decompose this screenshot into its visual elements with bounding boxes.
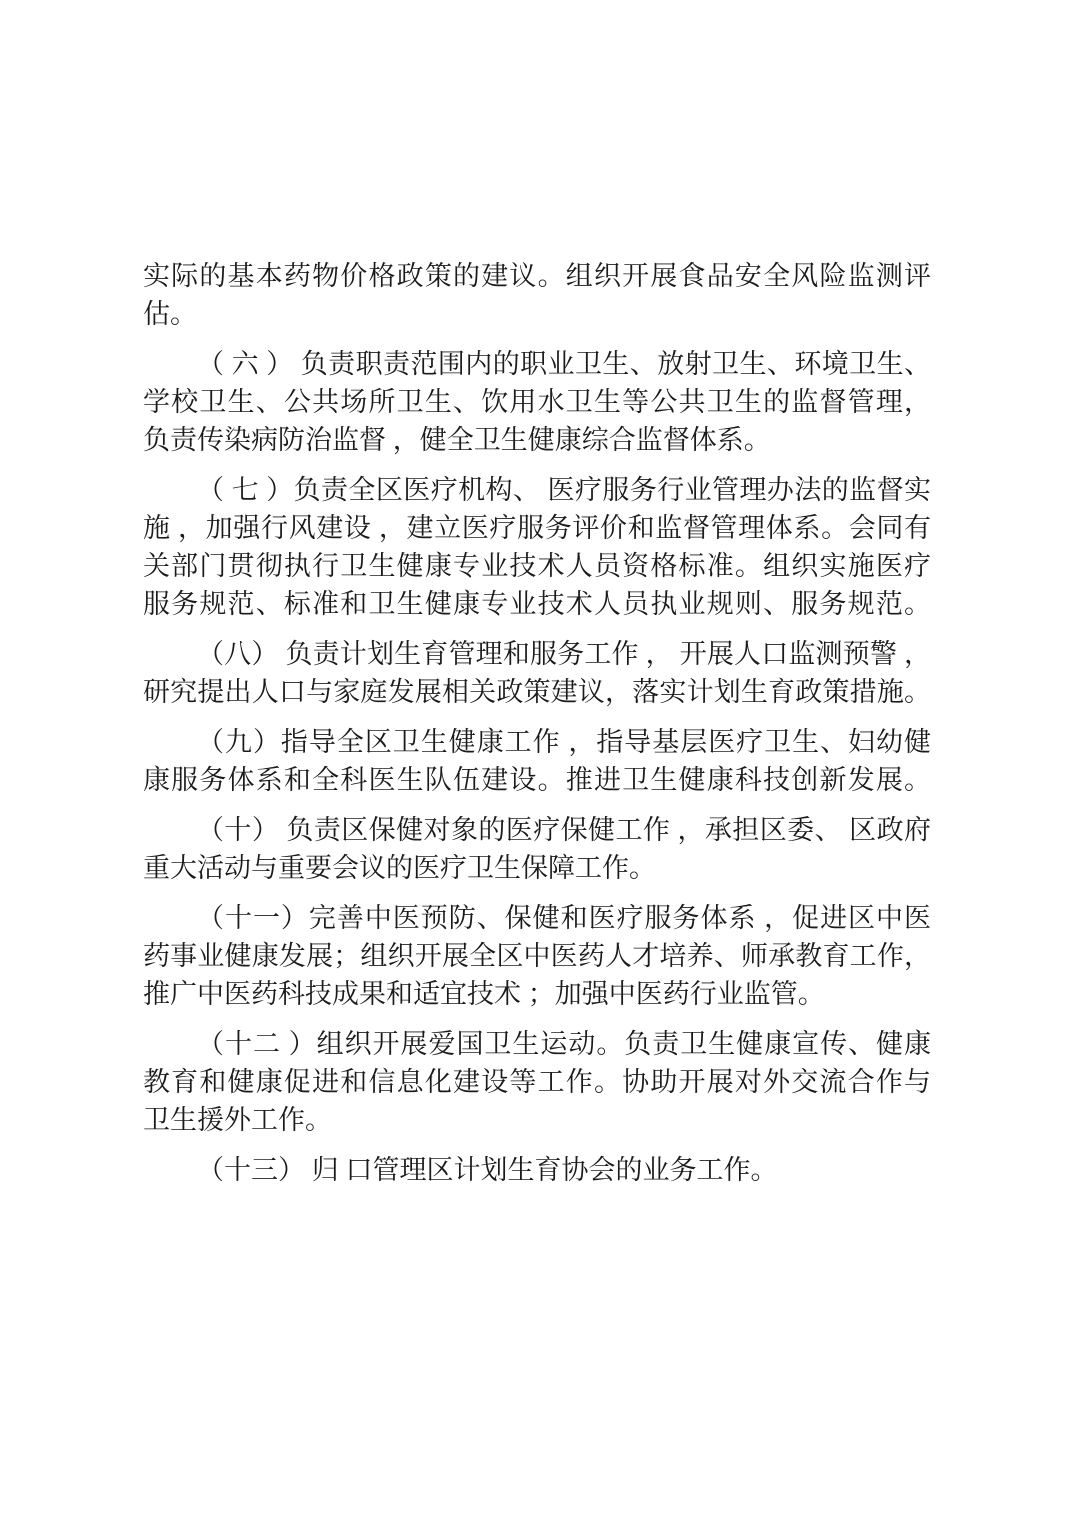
text-line: （十二 ）组织开展爱国卫生运动。负责卫生健康宣传、健康	[143, 1025, 931, 1063]
text-line: 估。	[143, 295, 931, 333]
text-line: 重大活动与重要会议的医疗卫生保障工作。	[143, 849, 931, 887]
text-line: 关部门贯彻执行卫生健康专业技术人员资格标准。组织实施医疗	[143, 547, 931, 585]
text-line: 实际的基本药物价格政策的建议。组织开展食品安全风险监测评	[143, 257, 931, 295]
paragraph: （九）指导全区卫生健康工作 ，指导基层医疗卫生、妇幼健康服务体系和全科医生队伍建…	[143, 723, 931, 799]
text-line: 服务规范、标准和卫生健康专业技术人员执业规则、服务规范。	[143, 585, 931, 623]
paragraph: （十二 ）组织开展爱国卫生运动。负责卫生健康宣传、健康教育和健康促进和信息化建设…	[143, 1025, 931, 1139]
text-line: 康服务体系和全科医生队伍建设。推进卫生健康科技创新发展。	[143, 761, 931, 799]
text-line: 药事业健康发展；组织开展全区中医药人才培养、师承教育工作，	[143, 937, 931, 975]
paragraph: 实际的基本药物价格政策的建议。组织开展食品安全风险监测评估。	[143, 257, 931, 333]
paragraph: （ 六 ） 负责职责范围内的职业卫生、放射卫生、环境卫生、学校卫生、公共场所卫生…	[143, 345, 931, 459]
text-line: 研究提出人口与家庭发展相关政策建议，落实计划生育政策措施。	[143, 673, 931, 711]
text-line: （ 六 ） 负责职责范围内的职业卫生、放射卫生、环境卫生、	[143, 345, 931, 383]
text-line: （十一）完善中医预防、保健和医疗服务体系 ，促进区中医	[143, 899, 931, 937]
paragraph: （ 七 ）负责全区医疗机构、 医疗服务行业管理办法的监督实施 ，加强行风建设 ，…	[143, 471, 931, 623]
document-page: 实际的基本药物价格政策的建议。组织开展食品安全风险监测评估。（ 六 ） 负责职责…	[0, 0, 1074, 1520]
text-line: 教育和健康促进和信息化建设等工作。协助开展对外交流合作与	[143, 1063, 931, 1101]
paragraph: （十） 负责区保健对象的医疗保健工作 ，承担区委、 区政府重大活动与重要会议的医…	[143, 811, 931, 887]
text-line: 学校卫生、公共场所卫生、饮用水卫生等公共卫生的监督管理，	[143, 383, 931, 421]
text-line: （八） 负责计划生育管理和服务工作 ， 开展人口监测预警 ，	[143, 635, 931, 673]
text-line: 施 ，加强行风建设 ，建立医疗服务评价和监督管理体系。会同有	[143, 509, 931, 547]
paragraph: （八） 负责计划生育管理和服务工作 ， 开展人口监测预警 ，研究提出人口与家庭发…	[143, 635, 931, 711]
text-line: 推广中医药科技成果和适宜技术 ；加强中医药行业监管。	[143, 975, 931, 1013]
text-line: （十三） 归 口管理区计划生育协会的业务工作。	[143, 1151, 931, 1189]
text-line: （九）指导全区卫生健康工作 ，指导基层医疗卫生、妇幼健	[143, 723, 931, 761]
text-line: 负责传染病防治监督 ，健全卫生健康综合监督体系。	[143, 421, 931, 459]
text-line: 卫生援外工作。	[143, 1101, 931, 1139]
text-line: （十） 负责区保健对象的医疗保健工作 ，承担区委、 区政府	[143, 811, 931, 849]
text-line: （ 七 ）负责全区医疗机构、 医疗服务行业管理办法的监督实	[143, 471, 931, 509]
document-body: 实际的基本药物价格政策的建议。组织开展食品安全风险监测评估。（ 六 ） 负责职责…	[0, 0, 1074, 1189]
paragraph: （十一）完善中医预防、保健和医疗服务体系 ，促进区中医药事业健康发展；组织开展全…	[143, 899, 931, 1013]
paragraph: （十三） 归 口管理区计划生育协会的业务工作。	[143, 1151, 931, 1189]
